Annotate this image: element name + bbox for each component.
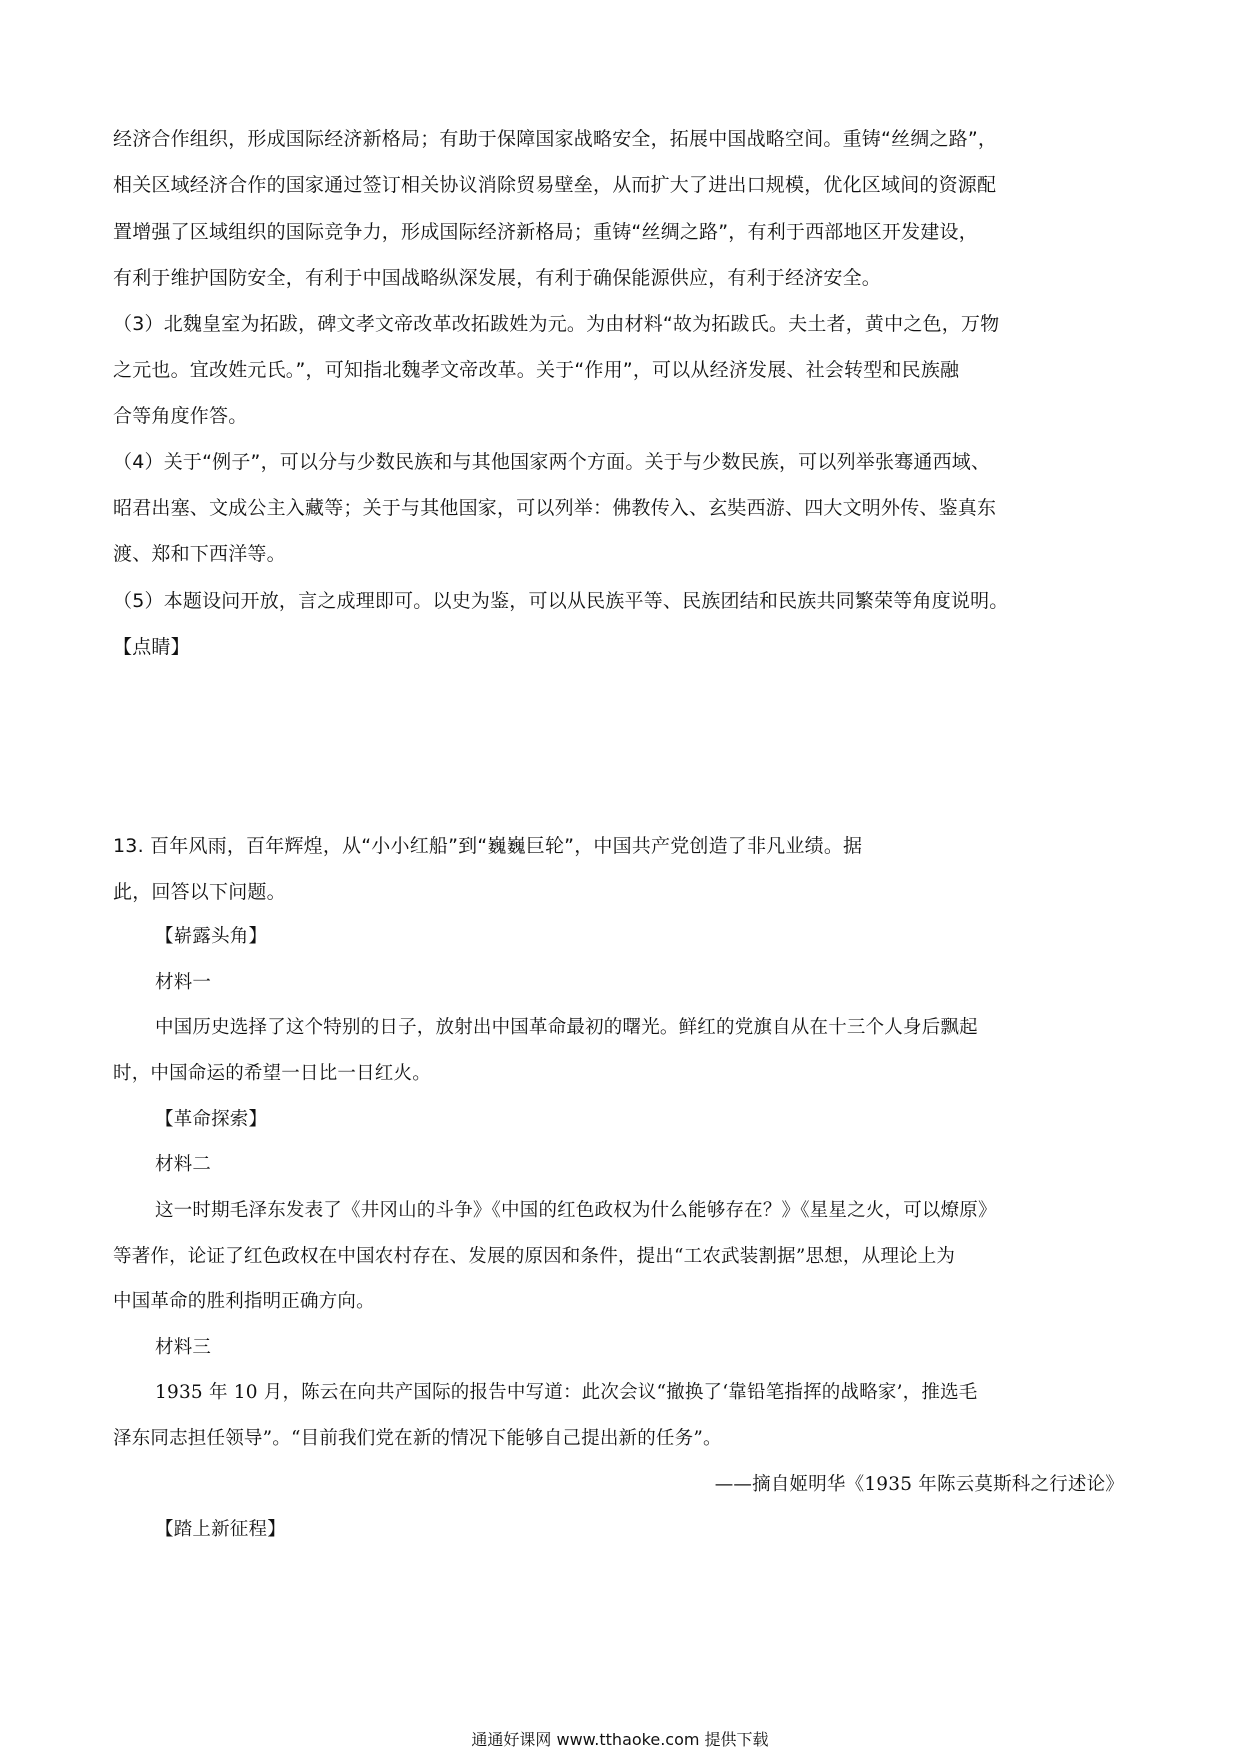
material-2-label: 材料二 <box>155 1153 211 1177</box>
analysis-paragraph-4-line-2: 昭君出塞、文成公主入藏等；关于与其他国家，可以列举：佛教传入、玄奘西游、四大文明… <box>113 496 996 520</box>
page-footer-watermark: 通通好课网 www.tthaoke.com 提供下载 <box>0 1730 1240 1750</box>
question-13-stem-line-1: 13. 百年风雨，百年辉煌，从“小小红船”到“巍巍巨轮”，中国共产党创造了非凡业… <box>113 834 862 858</box>
section-heading-tashang-xinzhengcheng: 【踏上新征程】 <box>155 1518 286 1542</box>
material-1-label: 材料一 <box>155 971 211 995</box>
document-page: 经济合作组织，形成国际经济新格局；有助于保障国家战略安全，拓展中国战略空间。重铸… <box>0 0 1240 1754</box>
material-2-text-line-3: 中国革命的胜利指明正确方向。 <box>113 1290 375 1314</box>
analysis-paragraph-3-line-1: （3）北魏皇室为拓跋，碑文孝文帝改革改拓跋姓为元。为由材料“故为拓跋氏。夫土者，… <box>113 312 999 336</box>
material-2-text-line-1: 这一时期毛泽东发表了《井冈山的斗争》《中国的红色政权为什么能够存在？》《星星之火… <box>155 1199 997 1223</box>
section-heading-geming-tansuo: 【革命探索】 <box>155 1108 267 1132</box>
analysis-paragraph-2-line-2: 相关区域经济合作的国家通过签订相关协议消除贸易壁垒，从而扩大了进出口规模，优化区… <box>113 173 996 197</box>
material-2-text-line-2: 等著作，论证了红色政权在中国农村存在、发展的原因和条件，提出“工农武装割据”思想… <box>113 1245 955 1269</box>
material-1-text-line-1: 中国历史选择了这个特别的日子，放射出中国革命最初的曙光。鲜红的党旗自从在十三个人… <box>155 1016 978 1040</box>
analysis-paragraph-4-line-1: （4）关于“例子”，可以分与少数民族和与其他国家两个方面。关于与少数民族，可以列… <box>113 450 990 474</box>
analysis-paragraph-5: （5）本题设问开放，言之成理即可。以史为鉴，可以从民族平等、民族团结和民族共同繁… <box>113 589 1009 613</box>
material-3-source: ——摘自姬明华《1935 年陈云莫斯科之行述论》 <box>715 1473 1124 1497</box>
analysis-paragraph-2-line-3: 置增强了区域组织的国际竞争力，形成国际经济新格局；重铸“丝绸之路”，有利于西部地… <box>113 220 978 244</box>
analysis-paragraph-2-line-4: 有利于维护国防安全，有利于中国战略纵深发展，有利于确保能源供应，有利于经济安全。 <box>113 266 881 290</box>
material-1-text-line-2: 时，中国命运的希望一日比一日红火。 <box>113 1062 431 1086</box>
question-13-stem-line-2: 此，回答以下问题。 <box>113 880 286 904</box>
dianjing-label: 【点睛】 <box>113 635 190 659</box>
analysis-paragraph-3-line-3: 合等角度作答。 <box>113 404 247 428</box>
material-3-text-line-2: 泽东同志担任领导”。“目前我们党在新的情况下能够自己提出新的任务”。 <box>113 1427 722 1451</box>
analysis-paragraph-4-line-3: 渡、郑和下西洋等。 <box>113 542 286 566</box>
section-heading-zhanlu-toujiao: 【崭露头角】 <box>155 925 267 949</box>
material-3-text-line-1: 1935 年 10 月，陈云在向共产国际的报告中写道：此次会议“撤换了‘靠铅笔指… <box>155 1381 978 1405</box>
analysis-paragraph-3-line-2: 之元也。宜改姓元氏。”，可知指北魏孝文帝改革。关于“作用”，可以从经济发展、社会… <box>113 358 959 382</box>
analysis-paragraph-2-line-1: 经济合作组织，形成国际经济新格局；有助于保障国家战略安全，拓展中国战略空间。重铸… <box>113 127 997 151</box>
material-3-label: 材料三 <box>155 1336 211 1360</box>
